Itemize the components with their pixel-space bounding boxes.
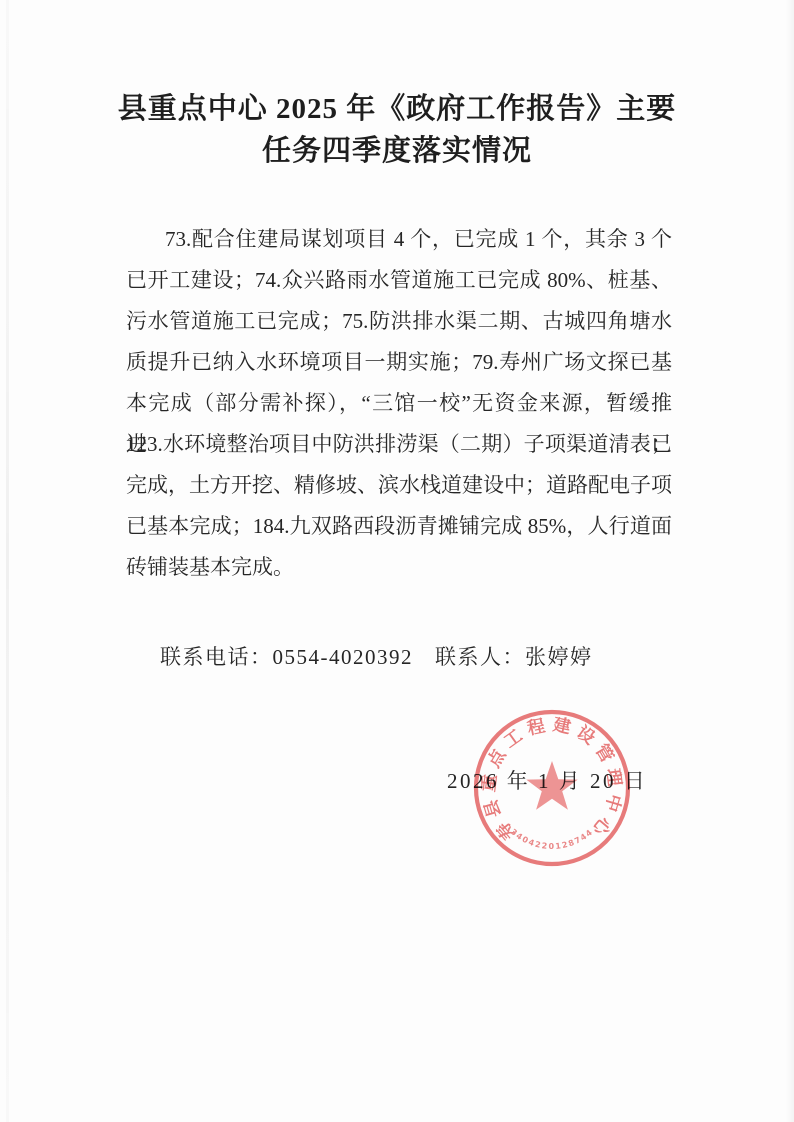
body-line: 已开工建设；74.众兴路雨水管道施工已完成 80%、桩基、 <box>126 260 672 301</box>
star-icon <box>526 761 577 810</box>
contact-person-label: 联系人： <box>435 645 525 669</box>
official-seal-stamp: 寿县重点工程建设管理中心 3404220128744 <box>452 688 652 888</box>
stamp-code-textpath: 3404220128744 <box>509 827 595 851</box>
body-line: 已基本完成；184.九双路西段沥青摊铺完成 85%，人行道面 <box>126 506 672 547</box>
document-body-paragraph: 73.配合住建局谋划项目 4 个，已完成 1 个，其余 3 个 已开工建设；74… <box>126 219 672 588</box>
document-title: 县重点中心 2025 年《政府工作报告》主要 任务四季度落实情况 <box>0 88 794 172</box>
contact-info: 联系电话：0554-4020392联系人：张婷婷 <box>160 641 593 671</box>
contact-person-name: 张婷婷 <box>525 645 593 669</box>
body-line: 污水管道施工已完成；75.防洪排水渠二期、古城四角塘水 <box>126 301 672 342</box>
body-line: 完成，土方开挖、精修坡、滨水栈道建设中；道路配电子项 <box>126 465 672 506</box>
body-line: 123.水环境整治项目中防洪排涝渠（二期）子项渠道清表已 <box>126 424 672 465</box>
scanned-document-page: 县重点中心 2025 年《政府工作报告》主要 任务四季度落实情况 73.配合住建… <box>0 0 794 1122</box>
contact-phone-label: 联系电话： <box>160 645 273 669</box>
stamp-code-text: 3404220128744 <box>509 827 595 851</box>
body-line: 73.配合住建局谋划项目 4 个，已完成 1 个，其余 3 个 <box>126 219 672 260</box>
body-line: 本完成（部分需补探），“三馆一校”无资金来源，暂缓推进； <box>126 383 672 424</box>
stamp-svg: 寿县重点工程建设管理中心 3404220128744 <box>452 688 652 888</box>
document-title-line1: 县重点中心 2025 年《政府工作报告》主要 <box>0 88 794 130</box>
body-line: 质提升已纳入水环境项目一期实施；79.寿州广场文探已基 <box>126 342 672 383</box>
contact-phone-number: 0554-4020392 <box>273 645 414 669</box>
document-title-line2: 任务四季度落实情况 <box>0 130 794 172</box>
body-line: 砖铺装基本完成。 <box>126 547 672 588</box>
